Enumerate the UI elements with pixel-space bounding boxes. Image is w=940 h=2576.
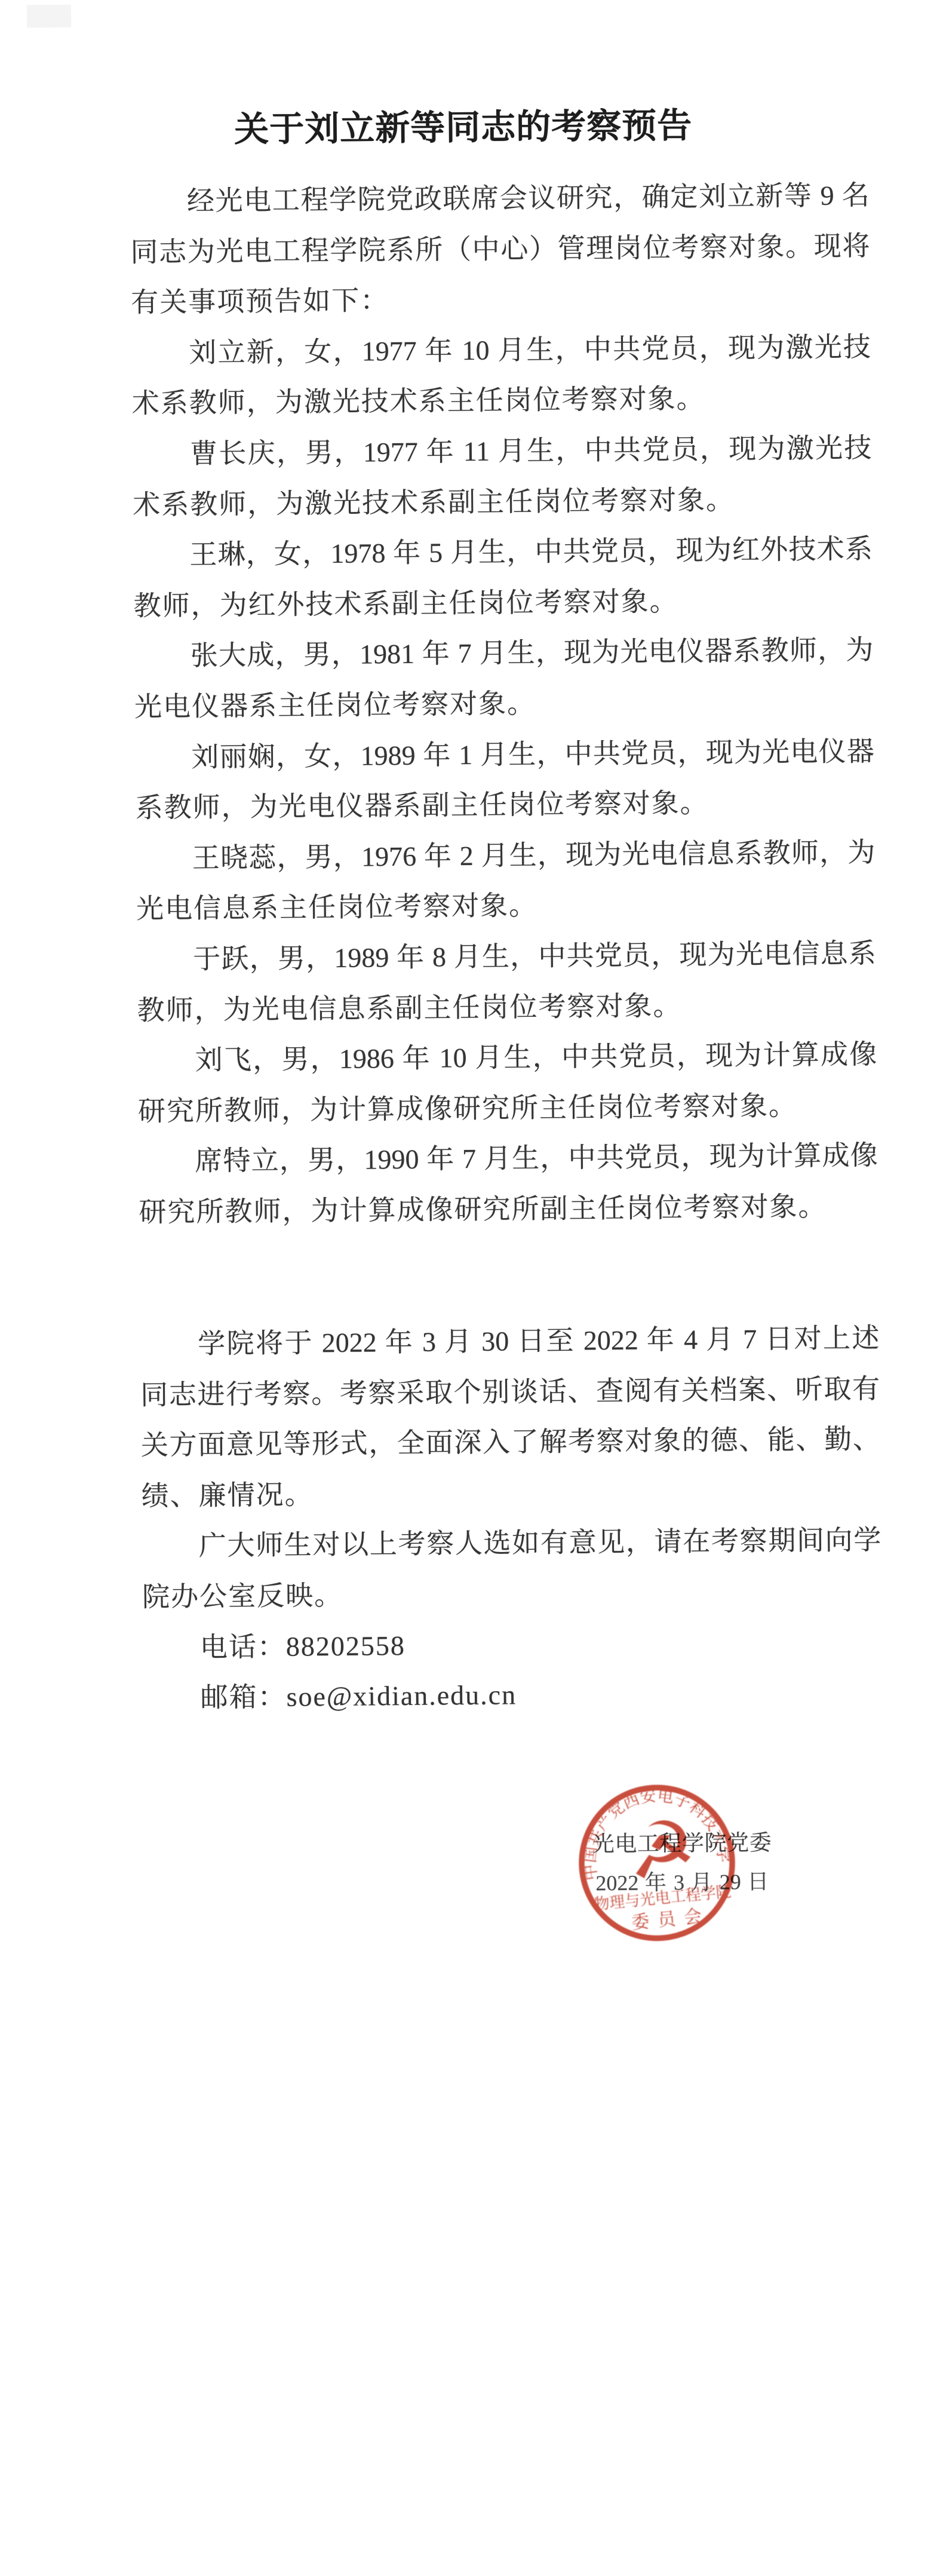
- seal-committee-line: 委员会: [631, 1906, 711, 1933]
- body-line: 关方面意见等形式，全面深入了解考察对象的德、能、勤、: [141, 1414, 881, 1471]
- body-line: 同志为光电工程学院系所（中心）管理岗位考察对象。现将: [130, 221, 870, 278]
- body-line: 刘丽娴，女，1989 年 1 月生，中共党员，现为光电仪器: [135, 726, 875, 783]
- body-line: 系教师，为光电仪器系副主任岗位考察对象。: [135, 777, 875, 833]
- body-block-1: 经光电工程学院党政联席会议研究，确定刘立新等 9 名 同志为光电工程学院系所（中…: [130, 170, 878, 1238]
- scan-artifact: [27, 5, 71, 28]
- body-line: 院办公室反映。: [142, 1566, 882, 1623]
- scanned-document-page: 关于刘立新等同志的考察预告 经光电工程学院党政联席会议研究，确定刘立新等 9 名…: [0, 0, 940, 2576]
- official-seal: 中国共产党西安电子科技大学 ☭ 物理与光电工程学院 委员会: [568, 1773, 745, 1953]
- document-title: 关于刘立新等同志的考察预告: [0, 95, 933, 154]
- body-line: 于跃，男，1989 年 8 月生，中共党员，现为光电信息系: [136, 928, 876, 985]
- body-line: 经光电工程学院党政联席会议研究，确定刘立新等 9 名: [130, 170, 870, 227]
- body-line: 术系教师，为激光技术系主任岗位考察对象。: [131, 372, 871, 429]
- hammer-sickle-icon: ☭: [623, 1803, 701, 1898]
- body-line: 王晓蕊，男，1976 年 2 月生，现为光电信息系教师，为: [136, 827, 876, 884]
- body-line: 绩、廉情况。: [141, 1465, 881, 1522]
- body-line: 刘飞，男，1986 年 10 月生，中共党员，现为计算成像: [137, 1029, 877, 1086]
- body-line: 光电信息系主任岗位考察对象。: [136, 878, 876, 934]
- body-line: 张大成，男，1981 年 7 月生，现为光电仪器系教师，为: [134, 625, 874, 682]
- body-line: 曹长庆，男，1977 年 11 月生，中共党员，现为激光技: [132, 423, 872, 480]
- body-line: 研究所教师，为计算成像研究所副主任岗位考察对象。: [139, 1181, 878, 1238]
- body-line: 光电仪器系主任岗位考察对象。: [134, 676, 874, 732]
- body-line: 学院将于 2022 年 3 月 30 日至 2022 年 4 月 7 日对上述: [140, 1313, 880, 1370]
- body-line: 刘立新，女，1977 年 10 月生，中共党员，现为激光技: [131, 322, 871, 379]
- body-block-2: 学院将于 2022 年 3 月 30 日至 2022 年 4 月 7 日对上述 …: [140, 1313, 883, 1724]
- body-line: 广大师生对以上考察人选如有意见，请在考察期间向学: [142, 1515, 881, 1572]
- document-sheet: 关于刘立新等同志的考察预告 经光电工程学院党政联席会议研究，确定刘立新等 9 名…: [0, 0, 940, 2576]
- body-line: 术系教师，为激光技术系副主任岗位考察对象。: [133, 474, 873, 530]
- contact-phone-line: 电话：88202558: [143, 1617, 883, 1673]
- body-line: 席特立，男，1990 年 7 月生，中共党员，现为计算成像: [138, 1130, 878, 1187]
- body-line: 王琳，女，1978 年 5 月生，中共党员，现为红外技术系: [133, 524, 873, 581]
- body-line: 有关事项预告如下：: [131, 271, 871, 328]
- body-line: 研究所教师，为计算成像研究所主任岗位考察对象。: [138, 1080, 878, 1137]
- body-line: 教师，为红外技术系副主任岗位考察对象。: [133, 575, 873, 631]
- body-line: 同志进行考察。考察采取个别谈话、查阅有关档案、听取有: [140, 1364, 880, 1421]
- body-line: 教师，为光电信息系副主任岗位考察对象。: [137, 979, 877, 1036]
- contact-email-line: 邮箱：soe@xidian.edu.cn: [143, 1667, 883, 1724]
